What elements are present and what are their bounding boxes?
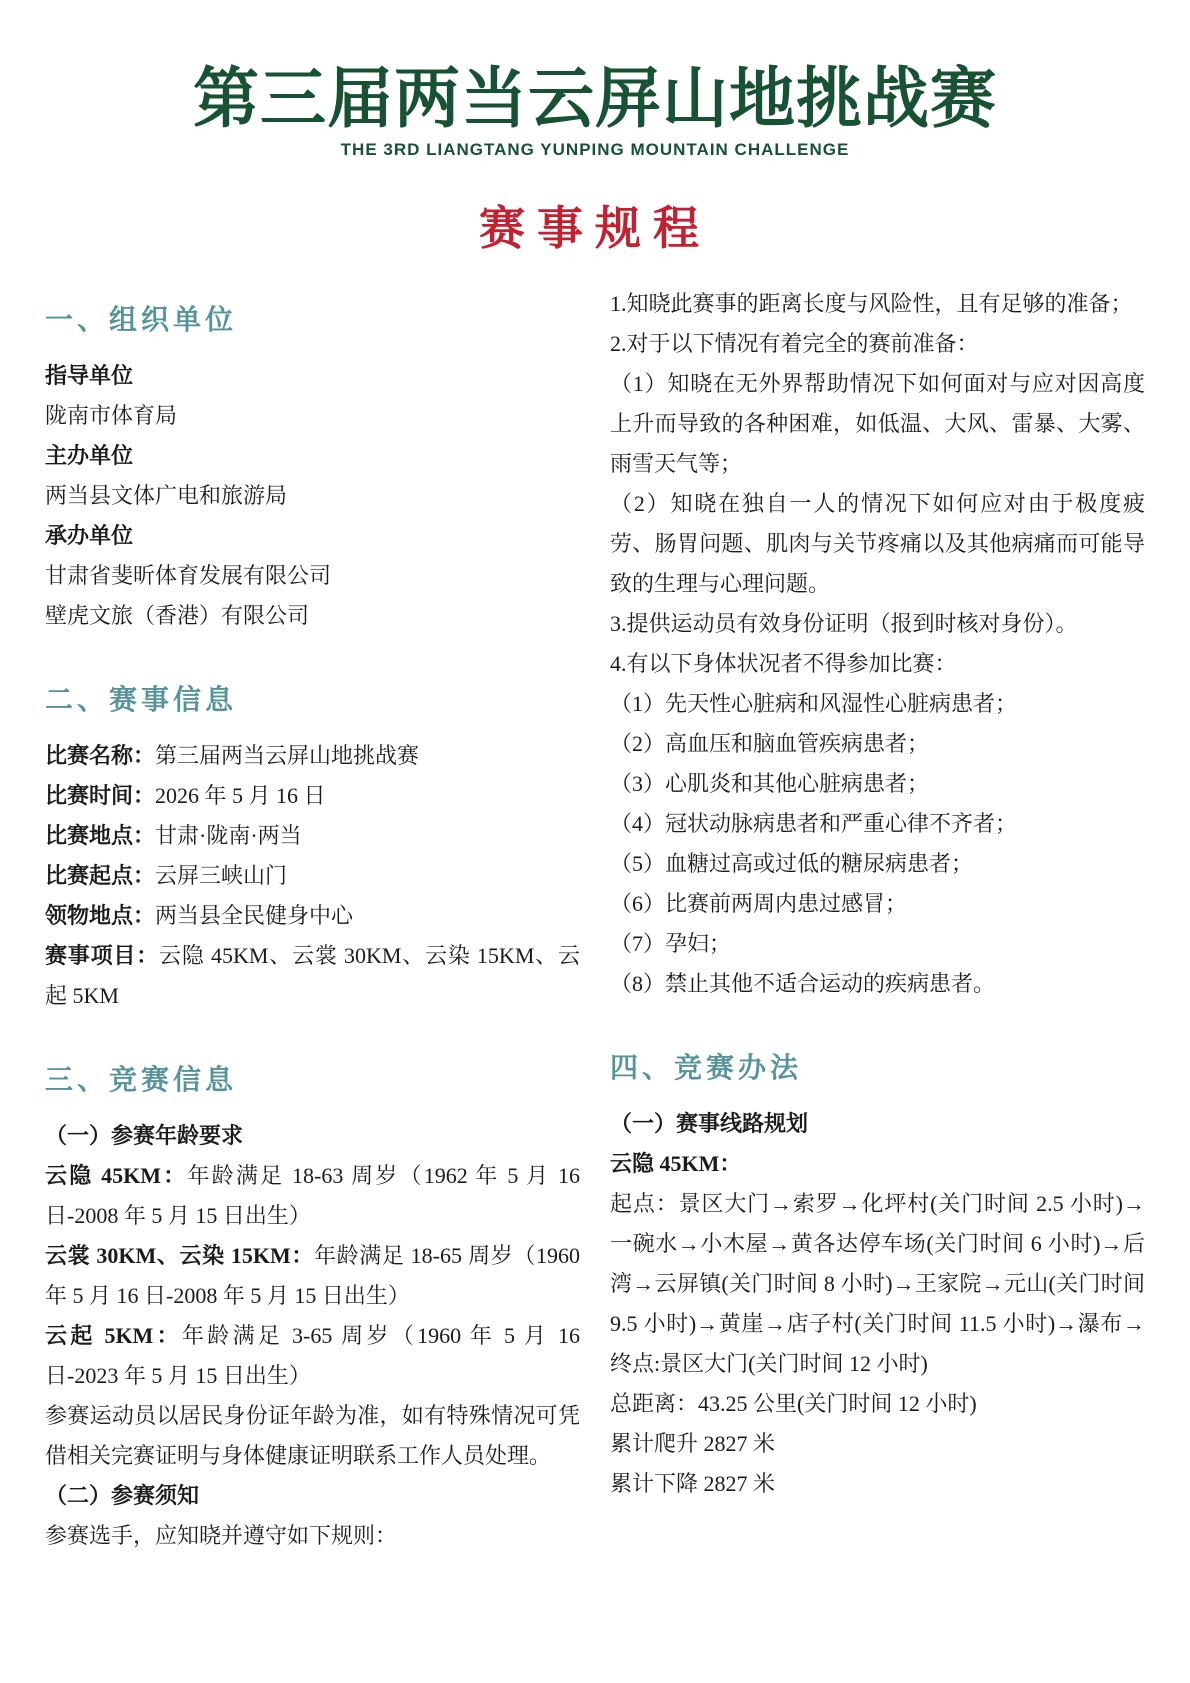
field-value: 两当县全民健身中心 (155, 903, 353, 928)
org-name: 两当县文体广电和旅游局 (45, 476, 580, 516)
two-column-body: 一、组织单位 指导单位 陇南市体育局 主办单位 两当县文体广电和旅游局 承办单位… (45, 284, 1145, 1556)
rule-item: （2）知晓在独自一人的情况下如何应对由于极度疲劳、肠胃问题、肌肉与关节疼痛以及其… (610, 484, 1145, 604)
subsection-age-requirements: （一）参赛年龄要求 (45, 1116, 580, 1156)
field-value: 云屏三峡山门 (155, 863, 287, 888)
health-restriction-item: （2）高血压和脑血管疾病患者； (610, 724, 1145, 764)
age-requirement-row: 云隐 45KM：年龄满足 18-63 周岁（1962 年 5 月 16 日-20… (45, 1156, 580, 1236)
event-info-row: 赛事项目：云隐 45KM、云裳 30KM、云染 15KM、云起 5KM (45, 936, 580, 1016)
subsection-participation-notice: （二）参赛须知 (45, 1476, 580, 1516)
field-value: 2026 年 5 月 16 日 (155, 783, 326, 808)
org-name: 壁虎文旅（香港）有限公司 (45, 596, 580, 636)
field-label: 比赛名称： (45, 743, 155, 768)
health-restriction-item: （3）心肌炎和其他心脏病患者； (610, 764, 1145, 804)
document-header: 第三届两当云屏山地挑战赛 THE 3RD LIANGTANG YUNPING M… (45, 64, 1145, 258)
age-verification-note: 参赛运动员以居民身份证年龄为准，如有特殊情况可凭借相关完赛证明与身体健康证明联系… (45, 1396, 580, 1476)
field-label: 赛事项目： (45, 943, 159, 968)
org-role-label: 主办单位 (45, 436, 580, 476)
health-restriction-item: （8）禁止其他不适合运动的疾病患者。 (610, 964, 1145, 1004)
route-total-descent: 累计下降 2827 米 (610, 1464, 1145, 1504)
health-restriction-item: （5）血糖过高或过低的糖尿病患者； (610, 844, 1145, 884)
route-total-ascent: 累计爬升 2827 米 (610, 1424, 1145, 1464)
health-restriction-item: （4）冠状动脉病患者和严重心律不齐者； (610, 804, 1145, 844)
route-total-distance: 总距离：43.25 公里(关门时间 12 小时) (610, 1384, 1145, 1424)
field-label: 领物地点： (45, 903, 155, 928)
event-subtitle-english: THE 3RD LIANGTANG YUNPING MOUNTAIN CHALL… (45, 140, 1145, 160)
org-role-label: 指导单位 (45, 356, 580, 396)
left-column: 一、组织单位 指导单位 陇南市体育局 主办单位 两当县文体广电和旅游局 承办单位… (45, 284, 580, 1556)
section-heading-competition-method: 四、竞赛办法 (610, 1048, 1145, 1088)
race-label: 云起 5KM： (45, 1323, 182, 1348)
route-race-title: 云隐 45KM： (610, 1144, 1145, 1184)
health-restriction-item: （7）孕妇； (610, 924, 1145, 964)
rules-intro: 参赛选手，应知晓并遵守如下规则： (45, 1516, 580, 1556)
document-page: 第三届两当云屏山地挑战赛 THE 3RD LIANGTANG YUNPING M… (0, 0, 1190, 1683)
org-name: 陇南市体育局 (45, 396, 580, 436)
race-label: 云裳 30KM、云染 15KM： (45, 1243, 314, 1268)
age-requirement-row: 云起 5KM：年龄满足 3-65 周岁（1960 年 5 月 16 日-2023… (45, 1316, 580, 1396)
rule-item: （1）知晓在无外界帮助情况下如何面对与应对因高度上升而导致的各种困难，如低温、大… (610, 364, 1145, 484)
org-role-label: 承办单位 (45, 516, 580, 556)
field-label: 比赛地点： (45, 823, 155, 848)
section-heading-event-info: 二、赛事信息 (45, 680, 580, 720)
route-description: 起点：景区大门→索罗→化坪村(关门时间 2.5 小时)→一碗水→小木屋→黄各达停… (610, 1184, 1145, 1384)
health-restriction-item: （1）先天性心脏病和风湿性心脏病患者； (610, 684, 1145, 724)
event-info-row: 比赛起点：云屏三峡山门 (45, 856, 580, 896)
subsection-route-planning: （一）赛事线路规划 (610, 1104, 1145, 1144)
race-label: 云隐 45KM： (45, 1163, 187, 1188)
section-heading-organizers: 一、组织单位 (45, 300, 580, 340)
field-value: 第三届两当云屏山地挑战赛 (155, 743, 419, 768)
rule-item: 4.有以下身体状况者不得参加比赛： (610, 644, 1145, 684)
event-title: 第三届两当云屏山地挑战赛 (45, 64, 1145, 133)
event-info-row: 比赛名称：第三届两当云屏山地挑战赛 (45, 736, 580, 776)
field-label: 比赛起点： (45, 863, 155, 888)
event-info-row: 比赛地点：甘肃·陇南·两当 (45, 816, 580, 856)
rule-item: 3.提供运动员有效身份证明（报到时核对身份）。 (610, 604, 1145, 644)
document-title: 赛事规程 (45, 192, 1145, 258)
right-column: 1.知晓此赛事的距离长度与风险性，且有足够的准备； 2.对于以下情况有着完全的赛… (610, 284, 1145, 1556)
event-info-row: 比赛时间：2026 年 5 月 16 日 (45, 776, 580, 816)
field-value: 甘肃·陇南·两当 (155, 823, 302, 848)
rule-item: 2.对于以下情况有着完全的赛前准备： (610, 324, 1145, 364)
health-restriction-item: （6）比赛前两周内患过感冒； (610, 884, 1145, 924)
age-requirement-row: 云裳 30KM、云染 15KM：年龄满足 18-65 周岁（1960 年 5 月… (45, 1236, 580, 1316)
rule-item: 1.知晓此赛事的距离长度与风险性，且有足够的准备； (610, 284, 1145, 324)
field-label: 比赛时间： (45, 783, 155, 808)
event-info-row: 领物地点：两当县全民健身中心 (45, 896, 580, 936)
section-heading-competition-info: 三、竞赛信息 (45, 1060, 580, 1100)
org-name: 甘肃省斐昕体育发展有限公司 (45, 556, 580, 596)
